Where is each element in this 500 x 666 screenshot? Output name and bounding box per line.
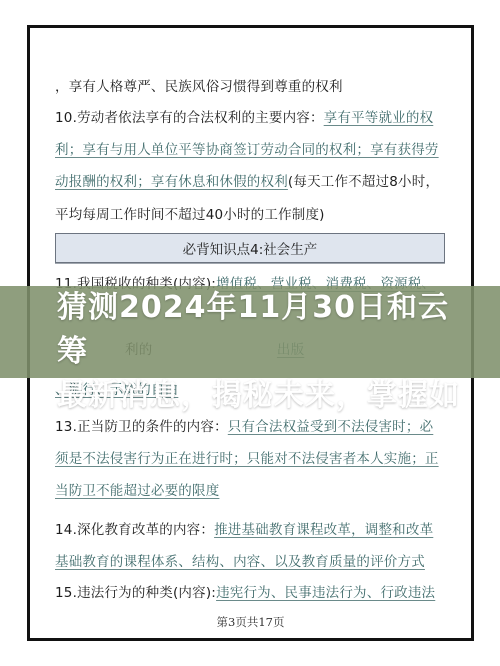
item-15-answer: 违宪行为、民事违法行为、行政违法 (216, 585, 435, 601)
text-line: 平均每周工作时间不超过40小时的工作制度) (55, 203, 325, 223)
text-l1: ，享有人格尊严、民族风俗习惯得到尊重的权利 (55, 79, 343, 95)
item-10-heading: 10.劳动者依法享有的合法权利的主要内容： (55, 110, 324, 126)
text-line: 动报酬的权利；享有休息和休假的权利(每天工作不超过8小时， (55, 170, 439, 190)
item-14-answer-cont: 基础教育的课程体系、结构、内容、以及教育质量的评价方式 (55, 554, 425, 570)
item-10: 10.劳动者依法享有的合法权利的主要内容：享有平等就业的权 (55, 106, 433, 126)
text-line: 基础教育的课程体系、结构、内容、以及教育质量的评价方式 (55, 550, 425, 570)
text-line: 当防卫不能超过必要的限度 (55, 479, 219, 499)
item-10-note: (每天工作不超过8小时， (288, 174, 439, 190)
banner-title: 猜测2024年11月30日和云筹 最新消息，揭秘未来，掌握如 (57, 286, 477, 418)
page-number: 第3页共17页 (30, 614, 471, 630)
section-header: 必背知识点4:社会生产 (55, 233, 445, 263)
title-banner: 猜测2024年11月30日和云筹 最新消息，揭秘未来，掌握如 (0, 286, 500, 378)
item-14-heading: 14.深化教育改革的内容： (55, 522, 214, 538)
banner-title-line-1: 猜测2024年11月30日和云筹 (57, 286, 477, 374)
text-line: 须是不法侵害行为正在进行时；只能对不法侵害者本人实施；正 (55, 447, 439, 467)
item-10-answer-cont: 动报酬的权利；享有休息和休假的权利 (55, 174, 288, 190)
item-14: 14.深化教育改革的内容：推进基础教育课程改革，调整和改革 (55, 518, 433, 538)
item-14-answer: 推进基础教育课程改革，调整和改革 (214, 522, 433, 538)
item-10-answer-cont: 利；享有与用人单位平等协商签订劳动合同的权利；享有获得劳 (55, 142, 439, 158)
text-line: ，享有人格尊严、民族风俗习惯得到尊重的权利 (55, 75, 343, 95)
text-line: 利；享有与用人单位平等协商签订劳动合同的权利；享有获得劳 (55, 138, 439, 158)
section-header-title: 必背知识点4:社会生产 (183, 238, 318, 258)
item-15-heading: 15.违法行为的种类(内容): (55, 585, 216, 601)
item-10-answer: 享有平等就业的权 (324, 110, 434, 126)
item-13-answer-cont: 须是不法侵害行为正在进行时；只能对不法侵害者本人实施；正 (55, 451, 439, 467)
banner-title-line-2: 最新消息，揭秘未来，掌握如 (57, 374, 477, 418)
item-13-answer-cont: 当防卫不能超过必要的限度 (55, 483, 219, 499)
item-13: 13.正当防卫的条件的内容：只有合法权益受到不法侵害时；必 (55, 415, 433, 435)
item-13-heading: 13.正当防卫的条件的内容： (55, 419, 228, 435)
item-10-note-cont: 平均每周工作时间不超过40小时的工作制度) (55, 207, 325, 223)
item-13-answer: 只有合法权益受到不法侵害时；必 (228, 419, 434, 435)
item-15: 15.违法行为的种类(内容):违宪行为、民事违法行为、行政违法 (55, 581, 435, 601)
